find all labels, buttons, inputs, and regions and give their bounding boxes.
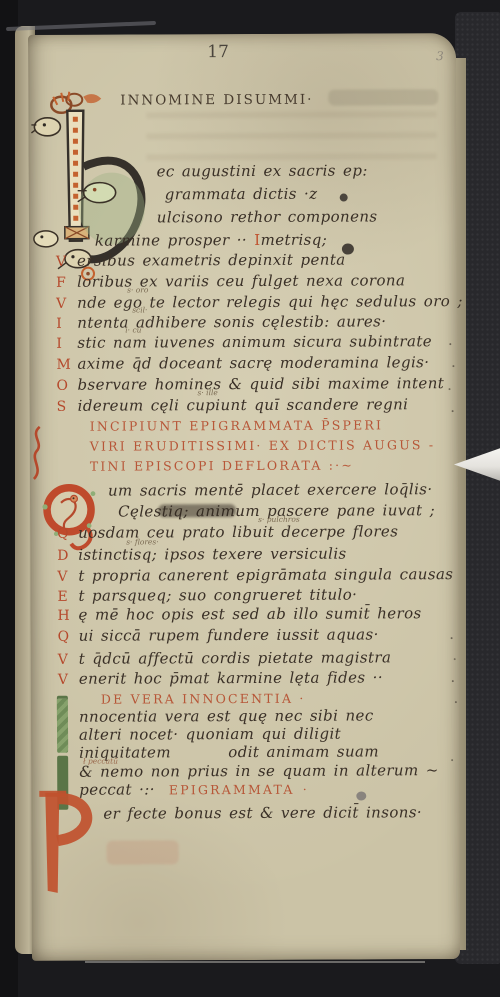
verse-line: karmine prosper ·· Imetrisq;	[95, 232, 327, 250]
rubric-incipit-line3: TINI EPISCOPI DEFLORATA :·~	[90, 458, 354, 474]
line-initial: S	[57, 399, 78, 416]
prose-line: & nemo non prius in se quam in alterum ~	[79, 762, 439, 781]
line-initial: E	[57, 589, 78, 606]
verse-line: Floribus ex variis ceu fulget nexa coron…	[56, 272, 405, 292]
line-initial: Q	[57, 526, 78, 543]
line-initial: V	[56, 254, 77, 271]
verse-line: Hę mē hoc opis est sed ab illo sumit̄ he…	[57, 605, 421, 625]
verse-line: ulcisono rethor componens	[157, 208, 378, 226]
line-text: ulcisono rethor componens	[157, 207, 378, 226]
parchment-page: 17 3 INNOMINE DISUMMI·	[28, 33, 460, 961]
margin-specks	[449, 343, 451, 345]
line-text: istinctisq; ipsos texere versiculis	[78, 545, 346, 564]
line-initial: I	[56, 336, 77, 353]
line-initial: M	[56, 357, 77, 374]
verse-line: Qui siccā rupem fundere iussit aquas·	[58, 626, 379, 645]
illuminated-initial-H	[31, 88, 154, 279]
red-margin-flourish	[28, 425, 48, 483]
line-text: bservare homines & quid sibi maxime inte…	[77, 374, 444, 394]
verse-line: Vnde ego te lector relegis qui hęc sedul…	[56, 293, 463, 313]
line-text: t q̄dcū affectū cordis pietate magistra	[79, 648, 392, 667]
interlinear-gloss: i· cū	[125, 325, 141, 334]
line-initial: V	[56, 296, 77, 313]
prose-line: alteri nocet· quoniam qui diligit	[79, 726, 341, 744]
line-text: axime q̄d doceant sacrę moderamina legis…	[77, 353, 429, 373]
ink-smudge	[158, 504, 236, 517]
interlinear-gloss: s· oro	[127, 285, 148, 294]
line-initial: D	[57, 548, 78, 565]
line-text: iniquitatem odit animam suam	[79, 742, 379, 761]
interlinear-gloss: scil·	[132, 305, 147, 314]
verse-line: Istic nam iuvenes animum sicura subintra…	[56, 333, 432, 353]
rubric-incipit-line1: INCIPIUNT EPIGRAMMATA P̄SPERI	[90, 417, 384, 433]
pigment-offset-stain	[106, 840, 178, 864]
interlinear-gloss: s· ille	[198, 388, 218, 397]
line-text: stic nam iuvenes animum sicura subintrat…	[77, 332, 432, 352]
line-initial: O	[56, 378, 77, 395]
verse-line: Distinctisq; ipsos texere versiculis	[57, 546, 346, 565]
verse-line: Maxime q̄d doceant sacrę moderamina legi…	[56, 354, 429, 374]
line-text: um sacris mentē placet exercere loq̄lis·	[108, 480, 433, 499]
interlinear-gloss: s· flores·	[126, 537, 158, 546]
line-text: & nemo non prius in se quam in alterum ~	[79, 761, 439, 781]
verse-line: grammata dictis ·z	[165, 186, 318, 204]
corner-annotation: 3	[436, 49, 444, 63]
folio-page-number: 17	[188, 42, 248, 62]
green-initial-I	[57, 699, 68, 753]
prose-line: nnocentia vera est quę nec sibi nec	[79, 707, 374, 725]
line-text: nnocentia vera est quę nec sibi nec	[79, 706, 374, 725]
manuscript-photo: 17 3 INNOMINE DISUMMI·	[0, 0, 500, 997]
line-text: ersibus exametris depinxit penta	[77, 251, 346, 270]
rubric-epigrammata: EPIGRAMMATA ·	[169, 782, 309, 798]
rubric-de-vera-innocentia: DE VERA INNOCENTIA ·	[101, 691, 306, 707]
interlinear-gloss: s· pulchros	[258, 515, 300, 524]
erased-smudge	[328, 89, 438, 105]
line-text: grammata dictis ·z	[165, 185, 318, 204]
prose-line: peccat ·:·EPIGRAMMATA ·	[79, 781, 309, 799]
cover-top-highlight	[6, 21, 156, 31]
line-initial: I	[56, 316, 77, 333]
line-text: ec augustini ex sacris ep:	[157, 161, 368, 180]
red-initial-P	[36, 787, 101, 902]
line-text: ę mē hoc opis est sed ab illo sumit̄ her…	[78, 604, 421, 623]
verse-line: Venerit hoc p̄mat karmine lęta fides ··	[58, 669, 383, 688]
line-text: t parsqueq; suo congrueret titulo·	[78, 586, 357, 605]
verse-line: Sidereum cęli cupiunt quī scandere regni	[57, 396, 409, 416]
line-initial: V	[58, 672, 79, 689]
verse-line: Vt q̄dcū affectū cordis pietate magistra	[58, 649, 392, 668]
ink-stain	[340, 194, 348, 202]
line-initial: H	[57, 608, 78, 625]
line-text: karmine prosper ··	[95, 231, 254, 250]
verse-line: um sacris mentē placet exercere loq̄lis·	[108, 481, 433, 499]
line-initial: V	[58, 652, 79, 669]
ink-stain	[356, 791, 366, 800]
verse-line: Versibus exametris depinxit penta	[56, 252, 346, 271]
interlinear-gloss: ł peccatū	[83, 757, 118, 766]
ink-stain	[342, 244, 354, 255]
line-text: idereum cęli cupiunt quī scandere regni	[78, 395, 409, 414]
verse-line: Vt propria canerent epigrāmata singula c…	[57, 566, 453, 586]
line-text: enerit hoc p̄mat karmine lęta fides ··	[79, 668, 383, 687]
line-text: metrisq;	[261, 231, 328, 249]
verse-line: Quosdam ceu prato libuit decerpe flores	[57, 523, 398, 542]
line-text: er fecte bonus est & vere dicit̄ insons·	[103, 803, 422, 822]
final-verse-line: er fecte bonus est & vere dicit̄ insons·	[103, 804, 422, 822]
line-initial: Q	[58, 629, 79, 646]
line-text: ntenta adhibere sonis cęlestib: aures·	[77, 312, 386, 331]
line-text: ui siccā rupem fundere iussit aquas·	[79, 625, 379, 644]
line-text: alteri nocet· quoniam qui diligit	[79, 725, 341, 744]
rubric-incipit-line2: VIRI ERUDITISSIMI· EX DICTIS AUGUS -	[90, 437, 436, 454]
line-text: t propria canerent epigrāmata singula ca…	[78, 565, 453, 585]
verse-line: Et parsqueq; suo congrueret titulo·	[57, 587, 357, 606]
verse-line: Observare homines & quid sibi maxime int…	[56, 375, 444, 395]
page-edge-highlight	[85, 961, 425, 963]
verse-line: ec augustini ex sacris ep:	[157, 162, 368, 180]
line-initial: V	[57, 569, 78, 586]
prose-line: iniquitatem odit animam suam	[79, 743, 379, 761]
verse-line: Intenta adhibere sonis cęlestib: aures·	[56, 313, 386, 332]
line-initial: F	[56, 275, 77, 292]
